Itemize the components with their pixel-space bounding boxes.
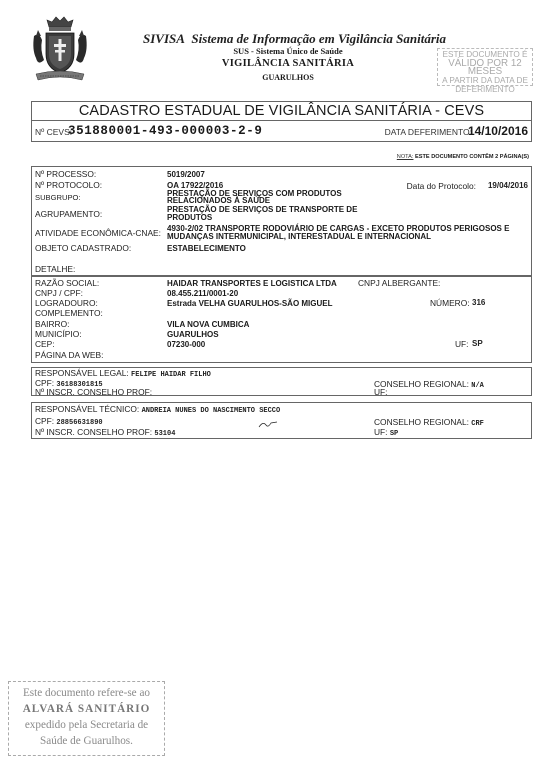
deferimento-label: DATA DEFERIMENTO: <box>385 127 472 137</box>
technical-inscr-label: Nº INSCR. CONSELHO PROF: <box>35 427 152 437</box>
subgrupo-label: SUBGRUPO: <box>35 193 81 202</box>
nota-label: NOTA: <box>397 154 414 160</box>
complemento-label: COMPLEMENTO: <box>35 308 103 318</box>
cep-label: CEP: <box>35 339 55 349</box>
processo-label: Nº PROCESSO: <box>35 169 96 179</box>
protocolo-label: Nº PROTOCOLO: <box>35 180 102 190</box>
validity-stamp: ESTE DOCUMENTO É VÁLIDO POR 12 MESES A P… <box>437 48 533 86</box>
technical-inscr-value: 53104 <box>154 430 175 438</box>
web-label: PÁGINA DA WEB: <box>35 350 103 360</box>
numero-value: 316 <box>472 298 485 307</box>
bairro-value: VILA NOVA CUMBICA <box>167 321 249 328</box>
alvara-stamp-line3: expedido pela Secretaria de <box>9 717 164 733</box>
header-vigilancia-text: VIGILÂNCIA SANITÁRIA <box>222 58 354 69</box>
agrupamento-line2: PRODUTOS <box>167 214 212 221</box>
cevs-number-label: Nº CEVS: <box>35 127 72 137</box>
page-count-note: NOTA: ESTE DOCUMENTO CONTÊM 2 PÁGINA(S) <box>397 154 529 160</box>
municipio-label: MUNICÍPIO: <box>35 329 82 339</box>
technical-responsible-label-text: RESPONSÁVEL TÉCNICO: <box>35 404 139 414</box>
establishment-section: RAZÃO SOCIAL: HAIDAR TRANSPORTES E LOGIS… <box>31 276 532 363</box>
processo-value: 5019/2007 <box>167 171 205 178</box>
logradouro-label: LOGRADOURO: <box>35 298 98 308</box>
legal-conselho-row: CONSELHO REGIONAL: N/A <box>374 379 484 390</box>
process-section: Nº PROCESSO: 5019/2007 Nº PROTOCOLO: OA … <box>31 166 532 276</box>
validity-stamp-line4: DEFERIMENTO <box>438 86 532 95</box>
cevs-title: CADASTRO ESTADUAL DE VIGILÂNCIA SANITÁRI… <box>31 101 532 121</box>
alvara-stamp-line2: ALVARÁ SANITÁRIO <box>9 701 164 717</box>
cnae-line2: MUDANÇAS INTERMUNICIPAL, INTERESTADUAL E… <box>167 233 431 240</box>
technical-conselho-label: CONSELHO REGIONAL: <box>374 417 469 427</box>
cnpj-albergante-label: CNPJ ALBERGANTE: <box>358 278 440 288</box>
technical-responsible-label: RESPONSÁVEL TÉCNICO: ANDREIA NUNES DO NA… <box>35 404 280 415</box>
data-protocolo-label: Data do Protocolo: <box>407 181 476 191</box>
technical-cpf-row: CPF: 28856631890 <box>35 416 103 427</box>
bairro-label: BAIRRO: <box>35 319 69 329</box>
header-city-text: GUARULHOS <box>262 73 314 82</box>
nota-text: ESTE DOCUMENTO CONTÊM 2 PÁGINA(S) <box>415 154 529 160</box>
signature-mark-icon <box>257 416 281 426</box>
technical-cpf-value: 28856631890 <box>56 419 102 427</box>
razao-value: HAIDAR TRANSPORTES E LOGISTICA LTDA <box>167 280 337 287</box>
legal-conselho-label: CONSELHO REGIONAL: <box>374 379 469 389</box>
technical-uf-label: UF: <box>374 427 388 437</box>
uf-label: UF: <box>455 339 469 349</box>
cnpj-label: CNPJ / CPF: <box>35 288 83 298</box>
detalhe-label: DETALHE: <box>35 264 75 274</box>
brand-name: SIVISA <box>143 31 185 46</box>
cnae-label: ATIVIDADE ECONÔMICA-CNAE: <box>35 228 161 238</box>
cep-value: 07230-000 <box>167 341 205 348</box>
legal-uf-label: UF: <box>374 387 388 397</box>
legal-responsible-label-text: RESPONSÁVEL LEGAL: <box>35 368 129 378</box>
municipio-value: GUARULHOS <box>167 331 219 338</box>
technical-responsible-name: ANDREIA NUNES DO NASCIMENTO SECCO <box>142 407 281 415</box>
system-title: SIVISA Sistema de Informação em Vigilânc… <box>143 31 446 47</box>
legal-responsible-name: FELIPE HAIDAR FILHO <box>131 371 211 379</box>
deferimento-date: 14/10/2016 <box>468 124 528 138</box>
technical-inscr-row: Nº INSCR. CONSELHO PROF: 53104 <box>35 427 175 438</box>
numero-label: NÚMERO: <box>430 298 470 308</box>
subgrupo-line2: RELACIONADOS À SAÚDE <box>167 197 270 204</box>
header-sus-text: SUS - Sistema Único de Saúde <box>233 46 342 56</box>
cevs-number-row: Nº CEVS: 351880001-493-000003-2-9 DATA D… <box>31 120 532 142</box>
agrupamento-label: AGRUPAMENTO: <box>35 209 102 219</box>
alvara-stamp-line4: Saúde de Guarulhos. <box>9 733 164 749</box>
technical-cpf-label: CPF: <box>35 416 54 426</box>
legal-responsible-section: RESPONSÁVEL LEGAL: FELIPE HAIDAR FILHO C… <box>31 367 532 396</box>
legal-inscr-label: Nº INSCR. CONSELHO PROF: <box>35 387 152 397</box>
system-name: Sistema de Informação em Vigilância Sani… <box>191 31 446 46</box>
alvara-stamp: Este documento refere-se ao ALVARÁ SANIT… <box>8 681 165 756</box>
validity-stamp-line2: VÁLIDO POR 12 MESES <box>438 60 532 77</box>
legal-inscr-row: Nº INSCR. CONSELHO PROF: <box>35 387 152 398</box>
technical-responsible-section: RESPONSÁVEL TÉCNICO: ANDREIA NUNES DO NA… <box>31 402 532 439</box>
legal-uf-row: UF: <box>374 387 388 398</box>
technical-conselho-value: CRF <box>471 420 484 428</box>
razao-label: RAZÃO SOCIAL: <box>35 278 99 288</box>
uf-value: SP <box>472 339 483 348</box>
technical-uf-row: UF: SP <box>374 427 398 438</box>
cnpj-value: 08.455.211/0001-20 <box>167 290 238 297</box>
legal-conselho-value: N/A <box>471 382 484 390</box>
objeto-value: ESTABELECIMENTO <box>167 245 246 252</box>
cevs-number: 351880001-493-000003-2-9 <box>68 124 262 138</box>
objeto-label: OBJETO CADASTRADO: <box>35 243 131 253</box>
alvara-stamp-line1: Este documento refere-se ao <box>9 685 164 701</box>
technical-uf-value: SP <box>390 430 398 438</box>
data-protocolo-value: 19/04/2016 <box>488 181 528 190</box>
logradouro-value: Estrada VELHA GUARULHOS-SÃO MIGUEL <box>167 300 333 307</box>
